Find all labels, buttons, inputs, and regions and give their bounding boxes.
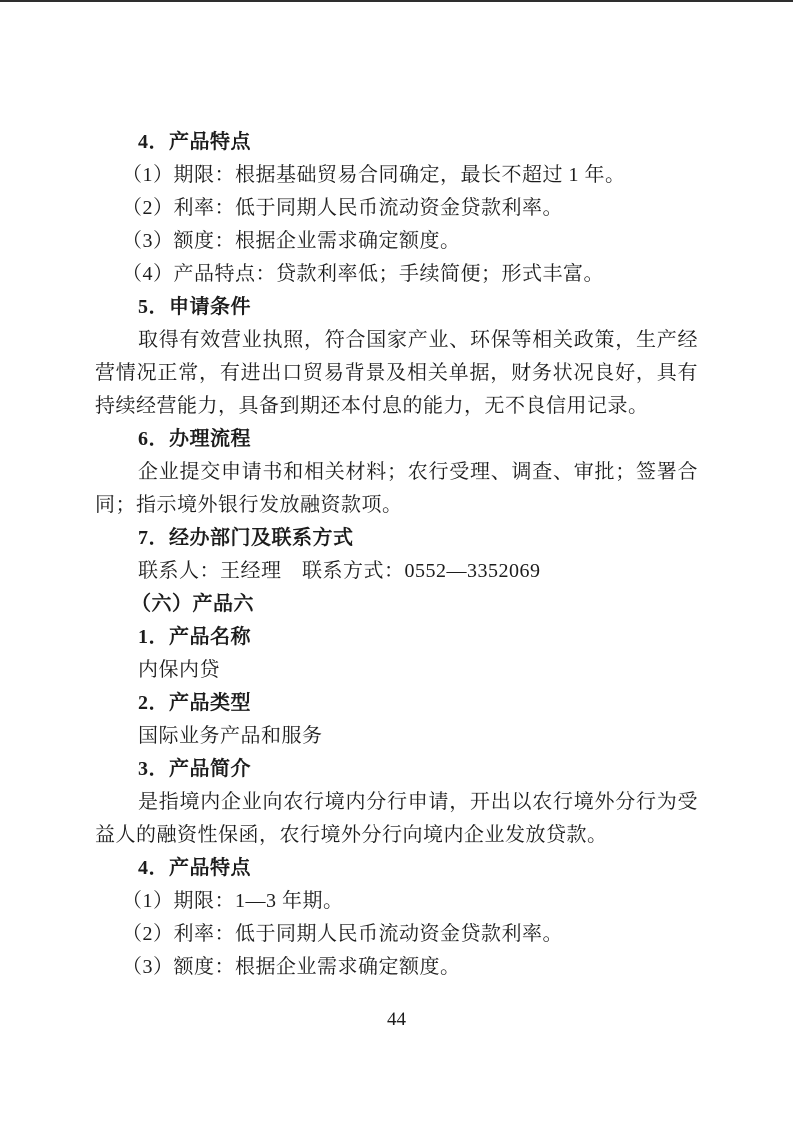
section-heading: 4．产品特点 bbox=[95, 852, 698, 885]
section-heading: 3．产品简介 bbox=[95, 753, 698, 786]
body-paragraph: 是指境内企业向农行境内分行申请，开出以农行境外分行为受益人的融资性保函，农行境外… bbox=[95, 786, 698, 852]
list-item: （3）额度：根据企业需求确定额度。 bbox=[95, 951, 698, 984]
subsection-heading: （六）产品六 bbox=[95, 588, 698, 621]
body-paragraph: 内保内贷 bbox=[95, 654, 698, 687]
section-heading: 4．产品特点 bbox=[95, 126, 698, 159]
list-item: （2）利率：低于同期人民币流动资金贷款利率。 bbox=[95, 192, 698, 225]
section-heading: 6．办理流程 bbox=[95, 423, 698, 456]
body-paragraph: 取得有效营业执照，符合国家产业、环保等相关政策，生产经营情况正常，有进出口贸易背… bbox=[95, 324, 698, 423]
page-number: 44 bbox=[0, 1008, 793, 1032]
section-heading: 5．申请条件 bbox=[95, 291, 698, 324]
section-heading: 1．产品名称 bbox=[95, 621, 698, 654]
document-body: 4．产品特点（1）期限：根据基础贸易合同确定，最长不超过 1 年。（2）利率：低… bbox=[95, 126, 698, 984]
list-item: （1）期限：1—3 年期。 bbox=[95, 885, 698, 918]
section-heading: 2．产品类型 bbox=[95, 687, 698, 720]
list-item: （3）额度：根据企业需求确定额度。 bbox=[95, 225, 698, 258]
section-heading: 7．经办部门及联系方式 bbox=[95, 522, 698, 555]
body-paragraph: 联系人：王经理 联系方式：0552—3352069 bbox=[95, 555, 698, 588]
list-item: （4）产品特点：贷款利率低；手续简便；形式丰富。 bbox=[95, 258, 698, 291]
list-item: （1）期限：根据基础贸易合同确定，最长不超过 1 年。 bbox=[95, 159, 698, 192]
body-paragraph: 企业提交申请书和相关材料；农行受理、调查、审批；签署合同；指示境外银行发放融资款… bbox=[95, 456, 698, 522]
document-page: 4．产品特点（1）期限：根据基础贸易合同确定，最长不超过 1 年。（2）利率：低… bbox=[0, 0, 793, 1122]
list-item: （2）利率：低于同期人民币流动资金贷款利率。 bbox=[95, 918, 698, 951]
body-paragraph: 国际业务产品和服务 bbox=[95, 720, 698, 753]
